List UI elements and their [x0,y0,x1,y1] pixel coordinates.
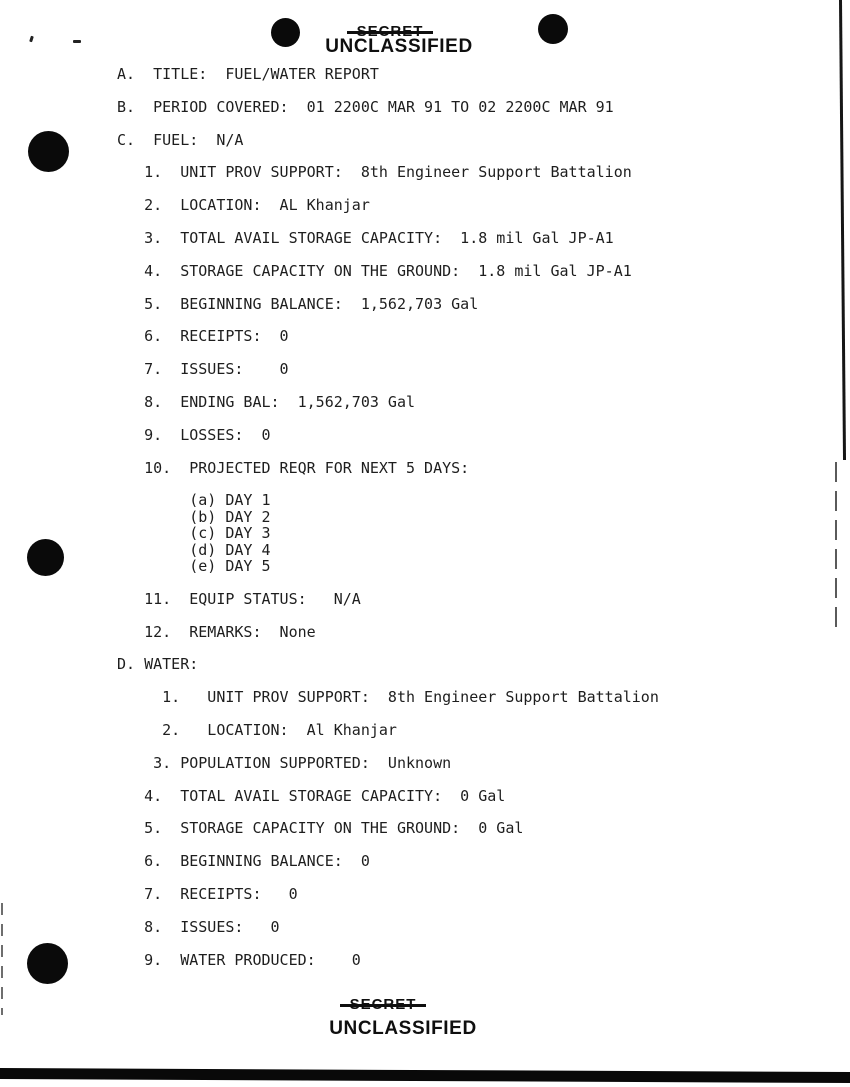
report-line: B. PERIOD COVERED: 01 2200C MAR 91 TO 02… [117,99,659,115]
report-line: (d) DAY 4 [117,542,659,558]
report-line: 6. RECEIPTS: 0 [117,328,659,344]
report-line: D. WATER: [117,656,659,672]
report-line [117,214,659,230]
report-line: 7. ISSUES: 0 [117,361,659,377]
report-line: 8. ENDING BAL: 1,562,703 Gal [117,394,659,410]
header-classification-unclassified: UNCLASSIFIED [0,37,798,56]
report-line: (e) DAY 5 [117,558,659,574]
scan-edge-line-left-dashed [1,903,3,1015]
report-line [117,870,659,886]
report-line [117,410,659,426]
punch-hole-dot-left-middle [27,539,64,576]
report-body: A. TITLE: FUEL/WATER REPORTB. PERIOD COV… [117,66,659,968]
report-line [117,312,659,328]
report-line [117,148,659,164]
report-line [117,607,659,623]
report-line: 7. RECEIPTS: 0 [117,886,659,902]
report-line [117,706,659,722]
report-line [117,902,659,918]
report-line: 3. TOTAL AVAIL STORAGE CAPACITY: 1.8 mil… [117,230,659,246]
punch-hole-dot-left-upper [28,131,69,172]
report-line [117,443,659,459]
report-line [117,574,659,590]
report-line: 1. UNIT PROV SUPPORT: 8th Engineer Suppo… [117,689,659,705]
report-line [117,378,659,394]
unclassified-label: UNCLASSIFIED [325,36,473,57]
report-line: 2. LOCATION: AL Khanjar [117,197,659,213]
footer-classification-unclassified: UNCLASSIFIED [0,1019,806,1038]
document-page: SECRET UNCLASSIFIED A. TITLE: FUEL/WATER… [0,0,850,1087]
report-line [117,246,659,262]
report-line: 2. LOCATION: Al Khanjar [117,722,659,738]
report-line: 9. WATER PRODUCED: 0 [117,952,659,968]
scan-edge-line-right-dashed [835,462,837,627]
report-line: C. FUEL: N/A [117,132,659,148]
strikethrough-line [347,31,434,34]
report-line [117,476,659,492]
report-line: 9. LOSSES: 0 [117,427,659,443]
report-line: (c) DAY 3 [117,525,659,541]
report-line [117,640,659,656]
report-line [117,181,659,197]
report-line: (a) DAY 1 [117,492,659,508]
footer-classification-secret: SECRET [0,997,766,1012]
report-line [117,935,659,951]
report-line [117,804,659,820]
report-line: 8. ISSUES: 0 [117,919,659,935]
report-line: 1. UNIT PROV SUPPORT: 8th Engineer Suppo… [117,164,659,180]
scan-edge-line-right-solid [839,0,846,460]
report-line: 4. STORAGE CAPACITY ON THE GROUND: 1.8 m… [117,263,659,279]
report-line [117,345,659,361]
report-line: 11. EQUIP STATUS: N/A [117,591,659,607]
report-line [117,738,659,754]
punch-hole-dot-left-lower [27,943,68,984]
scan-bottom-black-bar [0,1068,850,1083]
report-line [117,673,659,689]
report-line [117,279,659,295]
report-line [117,82,659,98]
report-line: 3. POPULATION SUPPORTED: Unknown [117,755,659,771]
report-line: A. TITLE: FUEL/WATER REPORT [117,66,659,82]
report-line: 12. REMARKS: None [117,624,659,640]
strikethrough-line [340,1004,427,1007]
report-line: 5. STORAGE CAPACITY ON THE GROUND: 0 Gal [117,820,659,836]
report-line: 5. BEGINNING BALANCE: 1,562,703 Gal [117,296,659,312]
report-line: 6. BEGINNING BALANCE: 0 [117,853,659,869]
report-line: (b) DAY 2 [117,509,659,525]
report-line: 4. TOTAL AVAIL STORAGE CAPACITY: 0 Gal [117,788,659,804]
report-line: 10. PROJECTED REQR FOR NEXT 5 DAYS: [117,460,659,476]
unclassified-label: UNCLASSIFIED [329,1018,477,1039]
report-line [117,115,659,131]
report-line [117,771,659,787]
report-line [117,837,659,853]
